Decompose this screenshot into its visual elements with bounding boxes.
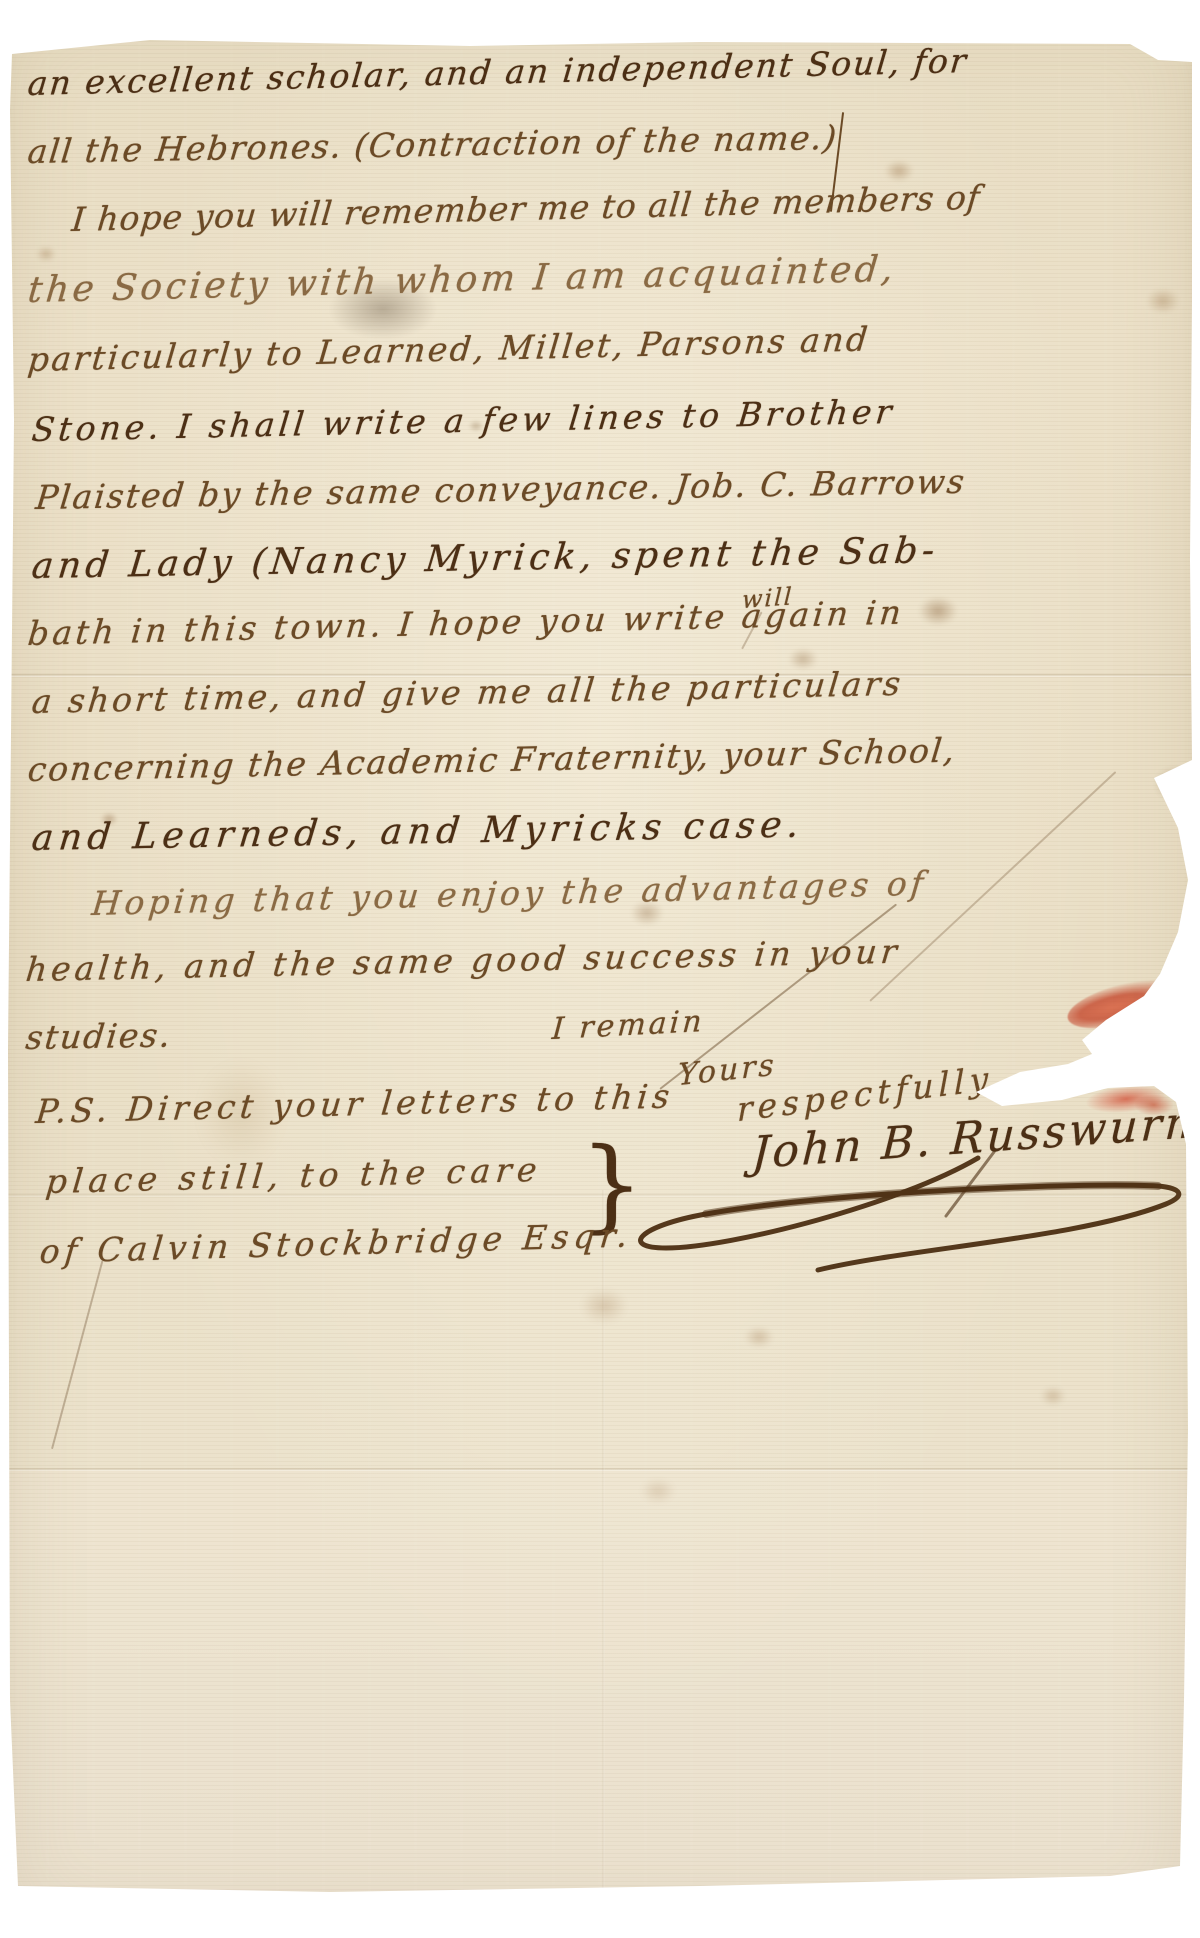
stain <box>36 246 56 262</box>
inserted-word: will <box>741 582 794 614</box>
closing-respectfully: respectfully <box>737 1058 993 1129</box>
stain <box>1146 288 1180 314</box>
letter-line-9: bath in this town. I hope you write agai… <box>26 593 906 654</box>
stain <box>196 1058 286 1168</box>
stain <box>884 160 914 182</box>
letter-line-6: Stone. I shall write a few lines to Brot… <box>30 392 897 449</box>
letter-line-10: a short time, and give me all the partic… <box>30 664 905 721</box>
stain <box>918 596 958 626</box>
postscript-brace: } <box>580 1126 644 1243</box>
fold-crease <box>0 1194 1200 1197</box>
stain <box>640 1478 676 1504</box>
stain <box>788 648 818 670</box>
letter-paper-sheet: an excellent scholar, and an independent… <box>0 0 1200 1938</box>
ink-smudge <box>328 278 438 340</box>
stain <box>1154 766 1198 802</box>
stain <box>580 1288 628 1324</box>
manuscript-photo: an excellent scholar, and an independent… <box>0 0 1200 1938</box>
letter-line-13: Hoping that you enjoy the advantages of <box>90 864 929 924</box>
closing-yours: Yours <box>678 1047 777 1093</box>
letter-line-8: and Lady (Nancy Myrick, spent the Sab- <box>30 530 941 587</box>
letter-line-12: and Learneds, and Myricks case. <box>30 804 806 859</box>
letter-line-15: studies. <box>24 1015 174 1057</box>
pen-flourish-stroke <box>830 112 844 211</box>
signature-flourish <box>610 1152 1190 1277</box>
pen-flourish-stroke <box>51 1260 103 1449</box>
wax-seal-remnant <box>1148 994 1178 1010</box>
signature: John B. Russwurm <box>751 1096 1200 1179</box>
postscript-line-2: place still, to the care <box>44 1150 544 1201</box>
wax-seal-remnant <box>1063 970 1189 1038</box>
closing-remain: I remain <box>551 1004 706 1047</box>
pen-flourish-stroke <box>869 771 1116 1002</box>
letter-line-1: an excellent scholar, and an independent… <box>26 41 970 103</box>
stain <box>468 420 484 432</box>
letter-line-5: particularly to Learned, Millet, Parsons… <box>26 319 872 379</box>
letter-line-3: I hope you will remember me to all the m… <box>70 178 982 239</box>
wax-seal-remnant <box>1085 1082 1167 1116</box>
letter-line-7: Plaisted by the same conveyance. Job. C.… <box>34 462 968 517</box>
letter-line-11: concerning the Academic Fraternity, your… <box>26 731 958 790</box>
letter-line-4: the Society with whom I am acquainted, <box>26 249 898 311</box>
letter-line-2: all the Hebrones. (Contraction of the na… <box>26 118 840 171</box>
stain <box>1040 1386 1066 1406</box>
pen-flourish-stroke <box>659 904 897 1090</box>
postscript-line-1: P.S. Direct your letters to this <box>34 1076 676 1131</box>
letter-line-14: health, and the same good success in you… <box>24 932 903 989</box>
postscript-line-3: of Calvin Stockbridge Esqr. <box>38 1215 634 1271</box>
stain <box>100 812 118 826</box>
stain <box>744 1326 774 1348</box>
fold-crease <box>0 674 1200 677</box>
wax-seal-remnant <box>1134 1094 1174 1116</box>
stain <box>630 900 664 926</box>
lower-half-tone <box>0 1470 1200 1890</box>
fold-crease <box>0 1468 1200 1471</box>
fold-crease-vertical <box>602 1190 605 1890</box>
caret-stroke <box>741 611 762 649</box>
